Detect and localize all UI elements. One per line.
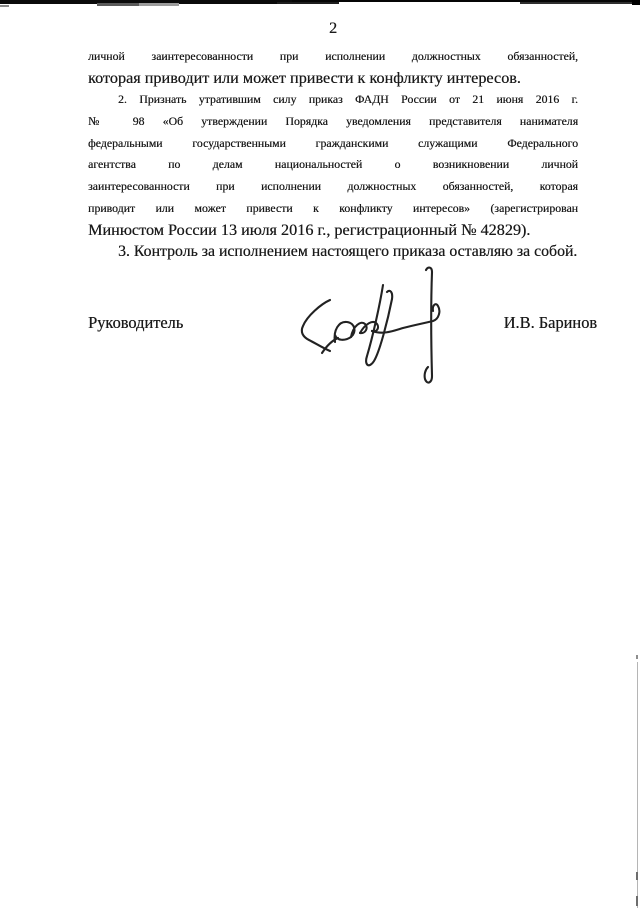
text-line: агентства по делам национальностей о воз… (88, 154, 578, 176)
scanned-document-page: 2 личной заинтересованности при исполнен… (0, 0, 640, 908)
text-line: № 98 «Об утверждении Порядка уведомления… (88, 111, 578, 133)
text-line: федеральными государственными граждански… (88, 133, 578, 155)
scan-artifact-mark (636, 655, 638, 659)
text-line: заинтересованности при исполнении должно… (88, 176, 578, 198)
text-line: 2. Признать утратившим силу приказ ФАДН … (88, 89, 578, 111)
handwritten-signature-graphic (293, 264, 448, 394)
scan-artifact-bar (0, 5, 9, 7)
signer-name: И.В. Баринов (504, 313, 597, 333)
text-line: личной заинтересованности при исполнении… (88, 46, 578, 68)
scan-artifact-bar (0, 0, 640, 2)
scan-artifact-bar (0, 0, 292, 4)
scan-artifact-mark (636, 872, 638, 880)
scan-artifact-mark (636, 896, 638, 906)
text-line: Минюстом России 13 июля 2016 г., регистр… (88, 220, 578, 242)
signer-position-label: Руководитель (88, 313, 183, 333)
scan-artifact-bar (277, 2, 339, 5)
scan-artifact-line (637, 662, 638, 908)
text-line: 3. Контроль за исполнением настоящего пр… (88, 241, 578, 263)
scan-artifact-bar (520, 2, 640, 4)
scan-artifact-bar (139, 3, 179, 5)
text-line: приводит или может привести к конфликту … (88, 198, 578, 220)
scan-artifact-bar (97, 3, 139, 5)
page-number: 2 (88, 19, 578, 38)
text-line: которая приводит или может привести к ко… (88, 68, 578, 90)
scan-artifact-bar (632, 0, 640, 5)
document-body: личной заинтересованности при исполнении… (88, 46, 578, 263)
